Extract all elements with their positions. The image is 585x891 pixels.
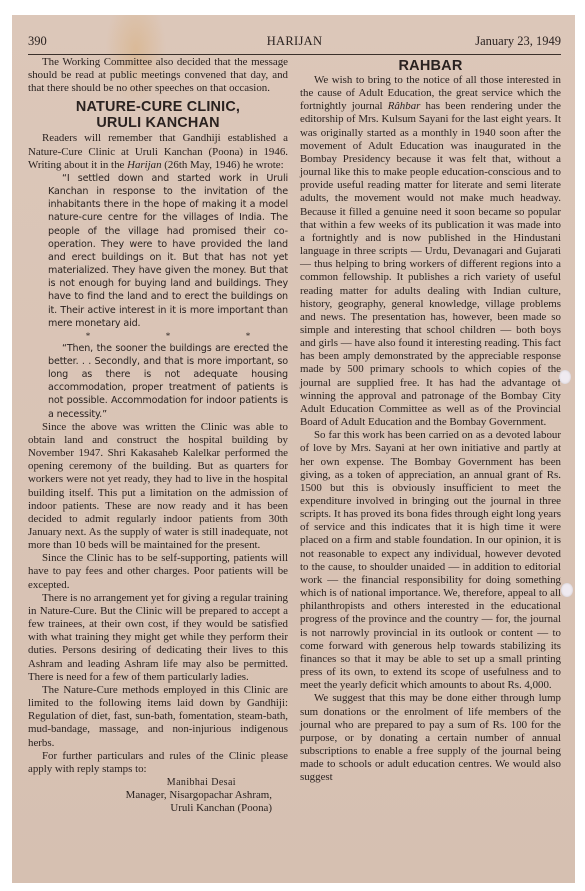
separator-star: * [246,330,251,342]
title-line-2: URULI KANCHAN [28,115,288,131]
text-run: (26th May, 1946) he wrote: [162,159,284,171]
newspaper-page: 390 HARIJAN January 23, 1949 The Working… [12,15,575,883]
rahbar-article-title: RAHBAR [300,58,561,74]
quote-paragraph-2: “Then, the sooner the buildings are erec… [48,342,288,421]
punch-hole [561,583,573,597]
nature-cure-paragraph-4: There is no arrangement yet for giving a… [28,592,288,684]
punch-hole [559,370,571,384]
rahbar-italic: Râhbar [388,100,421,112]
running-header: 390 HARIJAN January 23, 1949 [28,34,561,50]
header-rule [28,54,561,55]
nature-cure-paragraph-2: Since the above was written the Clinic w… [28,421,288,553]
signature-block: Manibhai Desai Manager, Nisargopachar As… [28,776,288,815]
title-line-1: NATURE-CURE CLINIC, [28,99,288,115]
section-separator: * * * [48,330,288,342]
quote-paragraph-1: “I settled down and started work in Urul… [48,172,288,330]
separator-star: * [86,330,91,342]
issue-date: January 23, 1949 [475,34,561,49]
separator-star: * [166,330,171,342]
nature-cure-article-title: NATURE-CURE CLINIC, URULI KANCHAN [28,99,288,131]
harijan-italic: Harijan [127,159,162,171]
rahbar-paragraph-3: We suggest that this may be done either … [300,692,561,784]
nature-cure-paragraph-3: Since the Clinic has to be self-supporti… [28,552,288,591]
nature-cure-paragraph-6: For further particulars and rules of the… [28,750,288,776]
gandhiji-quote: “I settled down and started work in Urul… [48,172,288,330]
signatory-name: Manibhai Desai [28,776,288,789]
left-column: The Working Committee also decided that … [28,56,288,815]
signatory-role: Manager, Nisargopachar Ashram, [28,789,288,802]
nature-cure-paragraph-1: Readers will remember that Gandhiji esta… [28,132,288,171]
rahbar-paragraph-2: So far this work has been carried on as … [300,429,561,692]
right-column: RAHBAR We wish to bring to the notice of… [300,56,561,784]
nature-cure-paragraph-5: The Nature-Cure methods employed in this… [28,684,288,750]
working-committee-paragraph: The Working Committee also decided that … [28,56,288,95]
rahbar-paragraph-1: We wish to bring to the notice of all th… [300,74,561,429]
signatory-place: Uruli Kanchan (Poona) [28,802,288,815]
gandhiji-quote-continued: “Then, the sooner the buildings are erec… [48,342,288,421]
text-run: has been rendering under the editorship … [300,100,561,428]
